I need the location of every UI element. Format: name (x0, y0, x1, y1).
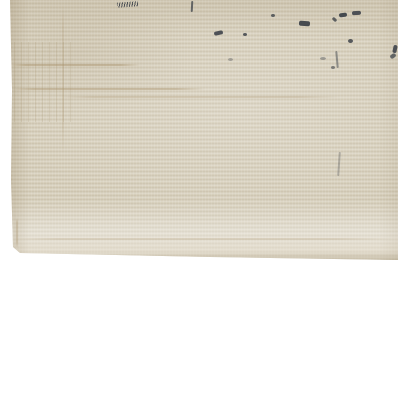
ink-speck (299, 21, 310, 27)
rug-shading-overlay (10, 0, 398, 262)
weave-line (10, 88, 205, 90)
ink-speck (352, 11, 361, 16)
weave-line (16, 218, 18, 248)
weave-line (60, 96, 340, 98)
ink-speck (271, 14, 275, 17)
ink-speck (320, 57, 326, 60)
weave-line (10, 64, 140, 66)
weave-line (62, 4, 64, 154)
rug-image (10, 0, 398, 262)
ink-speck (331, 66, 335, 69)
weave-line (12, 238, 392, 240)
product-photo (0, 0, 400, 400)
ink-speck (228, 58, 233, 61)
ink-speck (348, 39, 353, 43)
ink-speck (243, 33, 247, 36)
